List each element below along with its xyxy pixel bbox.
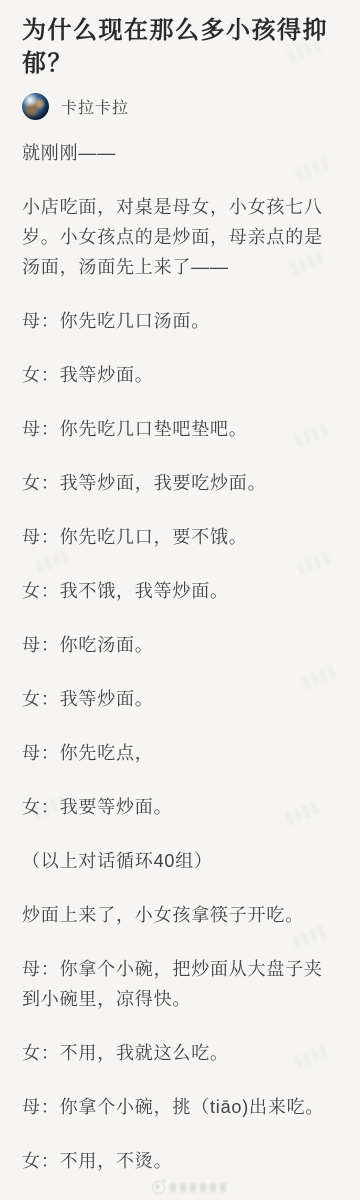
author-name[interactable]: 卡拉卡拉 <box>61 95 129 118</box>
watermark-blurred-text <box>170 1183 226 1192</box>
earth-globe-avatar[interactable] <box>22 93 49 120</box>
post-page: 为什么现在那么多小孩得抑郁？ 卡拉卡拉 就刚刚——小店吃面，对桌是母女，小女孩七… <box>0 14 360 1176</box>
paragraph: 小店吃面，对桌是母女，小女孩七八岁。小女孩点的是炒面，母亲点的是汤面，汤面先上来… <box>22 192 332 282</box>
question-title[interactable]: 为什么现在那么多小孩得抑郁？ <box>22 14 332 80</box>
paragraph: 母：你先吃几口汤面。 <box>22 306 332 336</box>
paragraph: 女：我等炒面，我要吃炒面。 <box>22 468 332 498</box>
paragraph: 母：你吃汤面。 <box>22 630 332 660</box>
author-row[interactable]: 卡拉卡拉 <box>22 92 332 120</box>
platform-watermark <box>152 1181 226 1194</box>
paragraph: 女：我要等炒面。 <box>22 792 332 822</box>
paragraph: 女：我不饿，我等炒面。 <box>22 576 332 606</box>
paragraph: 女：我等炒面。 <box>22 684 332 714</box>
paragraph: 女：我等炒面。 <box>22 360 332 390</box>
paragraph: 母：你拿个小碗，挑（tiāo)出来吃。 <box>22 1092 332 1122</box>
paragraph: 母：你拿个小碗，把炒面从大盘子夹到小碗里，凉得快。 <box>22 954 332 1014</box>
paragraph: 母：你先吃点， <box>22 738 332 768</box>
paragraph: 母：你先吃几口垫吧垫吧。 <box>22 414 332 444</box>
paragraph: 女：不用，不烫。 <box>22 1146 332 1176</box>
paragraph: 女：不用，我就这么吃。 <box>22 1038 332 1068</box>
paragraph: 母：你先吃几口，要不饿。 <box>22 522 332 552</box>
answer-body: 就刚刚——小店吃面，对桌是母女，小女孩七八岁。小女孩点的是炒面，母亲点的是汤面，… <box>22 138 332 1176</box>
paragraph: 就刚刚—— <box>22 138 332 168</box>
paragraph: 炒面上来了，小女孩拿筷子开吃。 <box>22 900 332 930</box>
paragraph: （以上对话循环40组） <box>22 846 332 876</box>
camera-badge-icon <box>152 1181 165 1194</box>
